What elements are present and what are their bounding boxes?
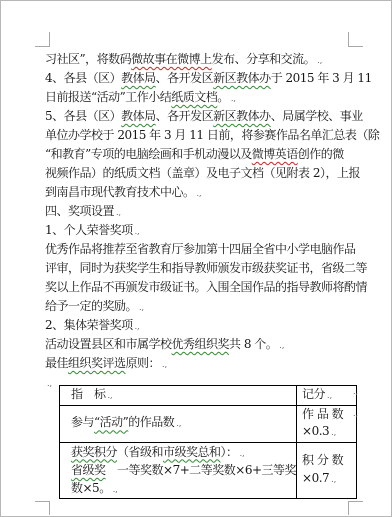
text-line[interactable]: 评审，同时为获奖学生和指导教师颁发市级获奖证书，省级二等 — [45, 259, 359, 278]
text-line[interactable]: 作 品 数 — [302, 406, 356, 424]
text-run: 指 标 — [71, 387, 106, 401]
margin-crop-mark-bottom-left — [49, 501, 50, 515]
text-line[interactable]: 获奖积分（省级和市级奖总和）：., — [71, 444, 296, 463]
text-run: 积 分 数 — [302, 453, 343, 467]
text-run: 创作的微 — [298, 147, 344, 161]
misspelled-text-run: 微博英语 — [252, 147, 298, 161]
text-run: 日前报送“活动”工作小结 — [45, 90, 171, 104]
text-run: ）： — [221, 445, 238, 459]
text-line[interactable]: 5、各县（区）教体局、各开发区新区教体办、局属学校、事业 — [45, 107, 359, 126]
text-line[interactable]: 2、集体荣誉奖项., — [45, 316, 359, 335]
text-line[interactable]: “和教育”专项的电脑绘画和手机动漫以及微博英语创作的微 — [45, 145, 359, 164]
paragraph-mark-icon: ., — [135, 227, 140, 236]
text-line[interactable]: ×0.3., — [302, 423, 356, 442]
text-line[interactable]: 参与“活动”的作品数., — [71, 414, 296, 433]
text-line[interactable]: 省级奖 一等奖数×7+二等奖数×6+三等奖 — [71, 462, 296, 480]
text-line[interactable]: 日前报送“活动”工作小结纸质文档。., — [45, 88, 359, 107]
paragraph-mark-icon: ., — [331, 428, 336, 437]
award-criteria-table: 指 标.,记分.,参与“活动”的作品数.,作 品 数×0.3.,获奖积分（省级和… — [59, 385, 357, 499]
text-run: 发布、分享和交流。 — [212, 52, 316, 66]
table-cell[interactable]: 作 品 数×0.3., — [297, 405, 357, 442]
paragraph-mark-icon: ., — [135, 322, 140, 331]
text-run: （省级和 — [117, 445, 163, 459]
table-row: 获奖积分（省级和市级奖总和）：.,省级奖 一等奖数×7+二等奖数×6+三等奖数×… — [60, 442, 357, 499]
text-line[interactable]: 数×5。., — [71, 480, 296, 499]
text-line[interactable]: 单位办学校于 2015 年 3 月 11 日前，将参赛作品名单汇总表（除 — [45, 126, 359, 145]
paragraph-mark-icon: ., — [108, 391, 113, 400]
text-line[interactable]: 视频作品）的纸质文档（盖章）及电子文档（见附表 2），上报 — [45, 164, 359, 183]
table-cell[interactable]: 获奖积分（省级和市级奖总和）：.,省级奖 一等奖数×7+二等奖数×6+三等奖数×… — [60, 442, 297, 499]
text-run: 5、各县（区） — [45, 109, 121, 123]
text-run: 参与 — [71, 415, 94, 429]
margin-crop-mark-bottom-right — [348, 501, 363, 502]
misspelled-text-run: 教体局 — [121, 109, 156, 123]
text-line[interactable]: 1、个人荣誉奖项., — [45, 221, 359, 240]
misspelled-text-run: 教体局 — [121, 71, 156, 85]
text-line[interactable]: 奖以上作品不再颁发市级证书。入围全国作品的指导教师将酌情 — [45, 278, 359, 297]
text-run: 一等奖数×7+二等奖数×6+三等奖 — [106, 463, 297, 477]
text-run: 的作品数 — [128, 415, 174, 429]
misspelled-text-run: 获奖积分 — [71, 445, 117, 459]
misspelled-text-run: 组织奖评选 — [68, 356, 126, 370]
text-line[interactable]: 指 标., — [71, 386, 296, 405]
text-run: 四、奖项设置 — [45, 204, 114, 218]
text-run: 2、集体荣誉奖项 — [45, 318, 133, 332]
paragraph-mark-icon: ., — [113, 485, 118, 494]
table-cell[interactable]: 参与“活动”的作品数., — [60, 405, 297, 442]
text-run: 、各开发区 — [156, 109, 214, 123]
text-run: 于 2015 年 3 月 11 — [271, 71, 372, 85]
text-run: 单位办学校于 2015 年 3 月 11 日前，将参赛作品名单汇总表（除 — [45, 128, 379, 142]
text-run: 视频作品）的纸质文档（盖章）及电子文档（见附表 2），上报 — [45, 166, 360, 180]
text-run: 习社区”，将数码 — [45, 52, 131, 66]
text-run: 评审，同时为获奖学生和指导教师颁发市级获奖证书，省级二等 — [45, 261, 367, 275]
margin-crop-mark-bottom-left — [35, 501, 50, 502]
misspelled-text-run: “活动” — [94, 415, 128, 429]
text-run: 到南昌市现代教育技术中心。 — [45, 185, 195, 199]
text-line[interactable]: 给予一定的奖励。., — [45, 297, 359, 316]
row-end-mark: ., — [353, 409, 358, 418]
margin-crop-mark-top-left — [35, 46, 50, 47]
margin-crop-mark-bottom-right — [348, 501, 349, 515]
text-run: 、局属学校、事业 — [271, 109, 363, 123]
text-run: ×0.7 — [302, 471, 329, 485]
text-line[interactable]: 4、各县（区）教体局、各开发区新区教体办于 2015 年 3 月 11 — [45, 69, 359, 88]
word-document-page: 习社区”，将数码微故事在微博上发布、分享和交流。.,4、各县（区）教体局、各开发… — [0, 0, 392, 517]
paragraph-mark-icon: ., — [317, 56, 322, 65]
text-run: 、各开发区 — [156, 71, 214, 85]
paragraph-mark-icon: ., — [327, 391, 332, 400]
misspelled-text-run: 优秀组织奖 — [172, 337, 230, 351]
paragraph-mark-icon: ., — [197, 189, 202, 198]
text-line[interactable]: 最佳组织奖评选原则：., — [45, 354, 359, 373]
table-cell[interactable]: 记分., — [297, 386, 357, 406]
text-line[interactable]: 习社区”，将数码微故事在微博上发布、分享和交流。., — [45, 50, 359, 69]
text-line[interactable]: 记分., — [302, 386, 356, 405]
text-run: 记分 — [302, 387, 325, 401]
text-line[interactable]: ×0.7., — [302, 470, 356, 489]
text-run: 作 品 数 — [302, 407, 343, 421]
paragraph-mark-icon: ., — [139, 303, 144, 312]
paragraph-mark-icon: ., — [162, 360, 167, 369]
paragraph-mark-icon: ., — [240, 449, 245, 458]
margin-crop-mark-top-right — [348, 32, 349, 46]
text-run: 给予一定的奖励。 — [45, 299, 137, 313]
table-cell[interactable]: 指 标., — [60, 386, 297, 406]
text-line[interactable]: 到南昌市现代教育技术中心。., — [45, 183, 359, 202]
margin-crop-mark-top-right — [348, 46, 363, 47]
paragraph-mark-icon: ., — [116, 208, 121, 217]
text-run: 共 8 个。 — [229, 337, 277, 351]
text-run: “和教育”专项的电脑绘画和手机动漫以及 — [45, 147, 252, 161]
misspelled-text-run: 新区教体办 — [213, 109, 271, 123]
misspelled-text-run: 省级奖 — [71, 463, 106, 477]
paragraph-mark-icon: ., — [47, 379, 52, 388]
misspelled-text-run: 纸质文档 — [171, 90, 217, 104]
misspelled-text-run: 微故事在微博上 — [131, 52, 212, 66]
text-run: 奖以上作品不再颁发市级证书。入围全国作品的指导教师将酌情 — [45, 280, 367, 294]
row-end-mark: ., — [353, 387, 358, 396]
text-run: 数×5。 — [71, 481, 111, 495]
paragraph-mark-icon: ., — [279, 341, 284, 350]
text-run: 最佳 — [45, 356, 68, 370]
document-body[interactable]: 习社区”，将数码微故事在微博上发布、分享和交流。.,4、各县（区）教体局、各开发… — [45, 50, 359, 392]
paragraph-mark-icon: ., — [331, 475, 336, 484]
misspelled-text-run: 新区教体办 — [213, 71, 271, 85]
text-line[interactable]: 活动设置县区和市属学校优秀组织奖共 8 个。., — [45, 335, 359, 354]
criteria-table-body: 指 标.,记分.,参与“活动”的作品数.,作 品 数×0.3.,获奖积分（省级和… — [60, 386, 357, 499]
text-line[interactable]: 优秀作品将推荐至省教育厅参加第十四届全省中小学电脑作品 — [45, 240, 359, 259]
text-run: 活动设置县区和市属学校 — [45, 337, 172, 351]
text-run: 优秀作品将推荐至省教育厅参加第十四届全省中小学电脑作品 — [45, 242, 356, 256]
paragraph-mark-icon: ., — [231, 94, 236, 103]
table-row: 指 标.,记分., — [60, 386, 357, 406]
text-line[interactable]: 四、奖项设置., — [45, 202, 359, 221]
misspelled-text-run: 市级奖总和 — [163, 445, 221, 459]
paragraph-mark-icon: ., — [176, 419, 181, 428]
text-run: 。 — [217, 90, 229, 104]
text-run: 1、个人荣誉奖项 — [45, 223, 133, 237]
text-run: 4、各县（区） — [45, 71, 121, 85]
margin-crop-mark-top-left — [49, 32, 50, 46]
text-line[interactable]: 积 分 数 — [302, 452, 356, 470]
table-row: 参与“活动”的作品数.,作 品 数×0.3., — [60, 405, 357, 442]
text-run: ×0.3 — [302, 424, 329, 438]
table-cell[interactable]: 积 分 数×0.7., — [297, 442, 357, 499]
text-run: 原则： — [126, 356, 161, 370]
